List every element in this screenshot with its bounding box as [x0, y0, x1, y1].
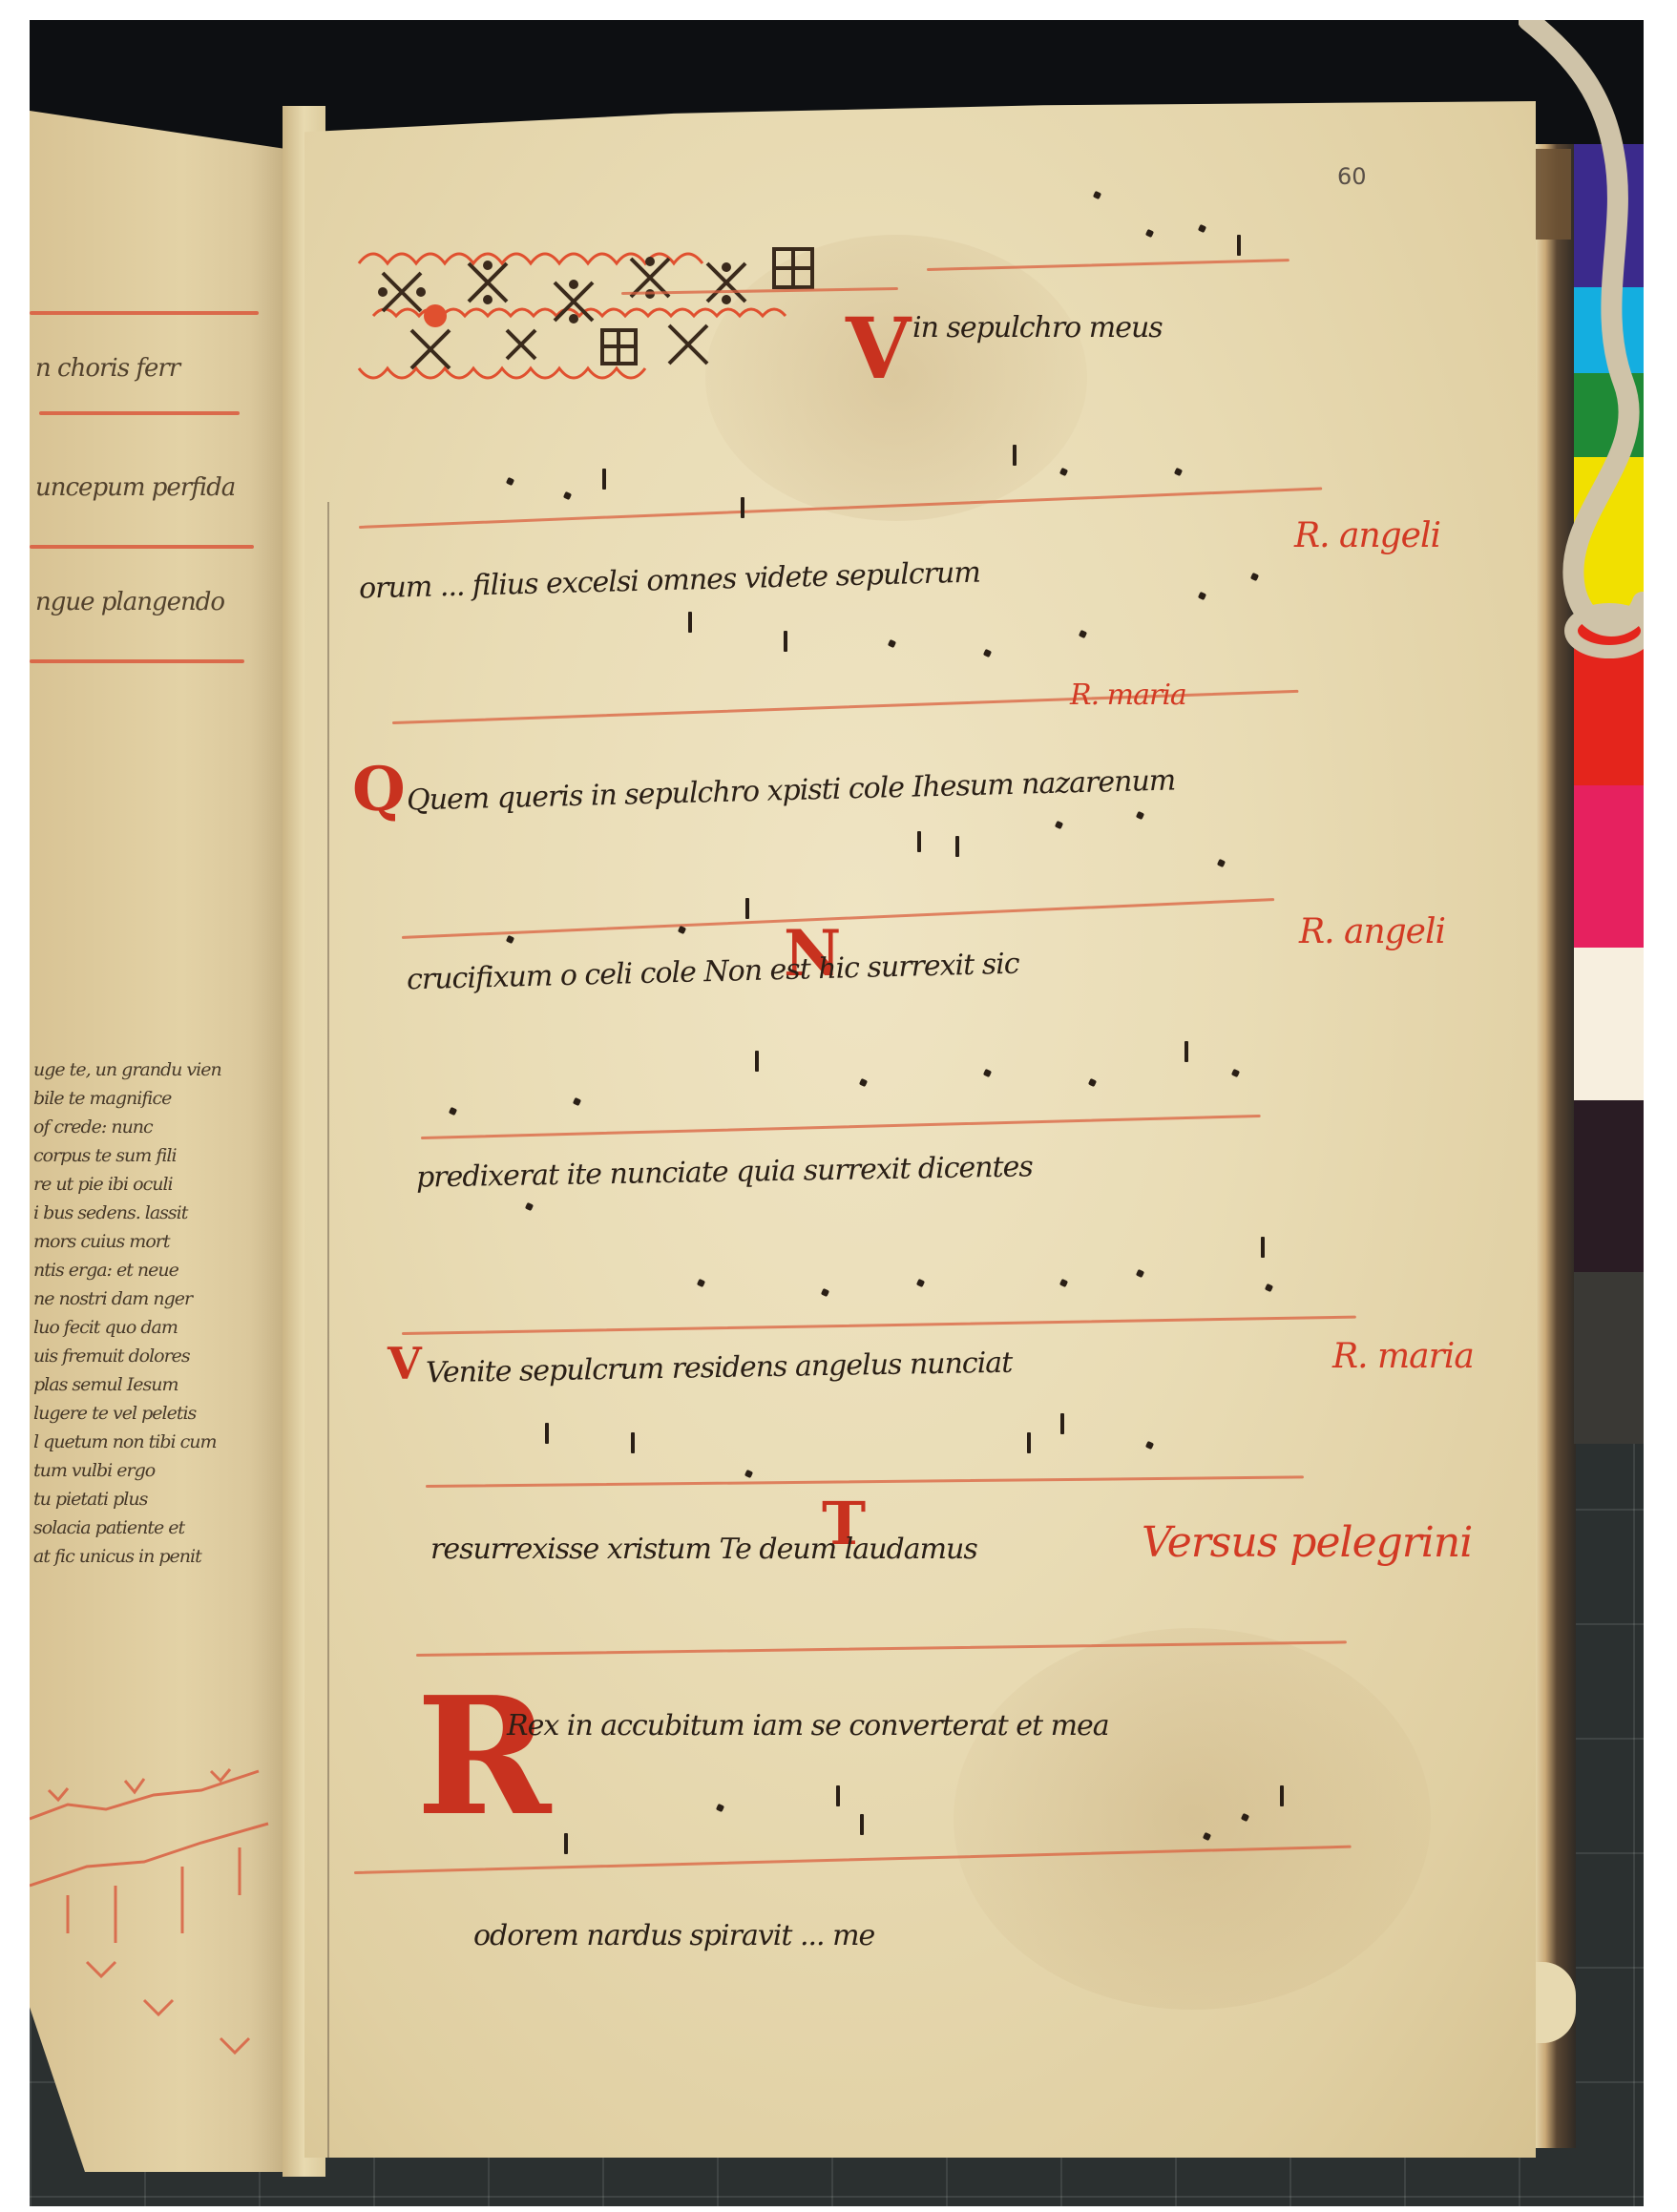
chant-text-line: in sepulchro meus	[912, 311, 1163, 344]
swatch-dark-purple	[1574, 1100, 1644, 1272]
ribbon-tie	[1519, 20, 1644, 707]
chant-text-line: resurrexisse xristum Te deum laudamus	[430, 1533, 977, 1566]
block-line: re ut pie ibi oculi	[33, 1170, 262, 1199]
left-text-line: n choris ferr	[35, 354, 179, 383]
block-line: i bus sedens. lassit	[33, 1199, 262, 1227]
neume	[1060, 1413, 1064, 1434]
swatch-dark-grey	[1574, 1272, 1644, 1444]
block-line: uge te, un grandu vien	[33, 1055, 262, 1084]
red-initial-v: V	[846, 306, 911, 390]
red-initial-r-large: R	[416, 1676, 551, 1838]
neume	[1013, 445, 1017, 466]
swatch-white	[1574, 948, 1644, 1100]
red-staff-sketch	[30, 1752, 278, 2115]
block-line: lugere te vel peletis	[33, 1399, 262, 1428]
chant-text-line: Rex in accubitum iam se converterat et m…	[507, 1709, 1109, 1742]
block-line: luo fecit quo dam	[33, 1313, 262, 1342]
staff-line	[30, 545, 254, 549]
neume	[836, 1785, 840, 1806]
neume	[545, 1423, 549, 1444]
swatch-magenta	[1574, 785, 1644, 948]
neume	[631, 1432, 635, 1453]
neume	[564, 1833, 568, 1854]
block-line: mors cuius mort	[33, 1227, 262, 1256]
block-line: at fic unicus in penit	[33, 1542, 262, 1571]
red-initial-v: V	[388, 1342, 422, 1386]
neume	[1237, 235, 1241, 256]
neume	[745, 898, 749, 919]
rubric-label: R. maria	[1332, 1337, 1474, 1376]
block-line: tum vulbi ergo	[33, 1456, 262, 1485]
block-line: bile te magnifice	[33, 1084, 262, 1113]
block-line: l quetum non tibi cum	[33, 1428, 262, 1456]
decorative-header-band	[354, 225, 870, 383]
neume	[741, 497, 744, 518]
red-initial-q: Q	[352, 760, 406, 821]
block-line: of crede: nunc	[33, 1113, 262, 1141]
staff-line	[30, 659, 244, 663]
neume	[955, 836, 959, 857]
block-line: ntis erga: et neue	[33, 1256, 262, 1284]
rubric-label: R. angeli	[1294, 516, 1440, 555]
block-line: solacia patiente et	[33, 1513, 262, 1542]
neume	[688, 612, 692, 633]
neume	[784, 631, 787, 652]
block-line: corpus te sum fili	[33, 1141, 262, 1170]
neume	[1184, 1041, 1188, 1062]
left-text-line: ngue plangendo	[35, 588, 224, 616]
neume	[917, 831, 921, 852]
neume	[860, 1814, 864, 1835]
left-text-line: uncepum perfida	[35, 473, 235, 502]
rubric-label: R. angeli	[1299, 912, 1445, 951]
folio-number: 60	[1337, 163, 1367, 190]
block-line: tu pietati plus	[33, 1485, 262, 1513]
margin-ruling	[327, 502, 329, 2201]
chant-text-line: odorem nardus spiravit ... me	[473, 1919, 874, 1952]
rubric-label: R. maria	[1070, 678, 1186, 712]
neume	[1261, 1237, 1265, 1258]
left-page: n choris ferr uncepum perfida ngue plang…	[30, 111, 306, 2172]
neume	[1027, 1432, 1031, 1453]
block-line: ne nostri dam nger	[33, 1284, 262, 1313]
neume	[602, 469, 606, 490]
neume	[1280, 1785, 1284, 1806]
staff-line	[30, 311, 259, 315]
rubric-label: Versus pelegrini	[1142, 1518, 1472, 1567]
neume	[755, 1051, 759, 1072]
block-line: plas semul Iesum	[33, 1370, 262, 1399]
parchment-stain	[954, 1628, 1431, 2010]
left-text-block: uge te, un grandu vien bile te magnifice…	[30, 1055, 262, 1504]
staff-line	[39, 411, 240, 415]
manuscript-photograph: n choris ferr uncepum perfida ngue plang…	[30, 20, 1644, 2206]
block-line: uis fremuit dolores	[33, 1342, 262, 1370]
